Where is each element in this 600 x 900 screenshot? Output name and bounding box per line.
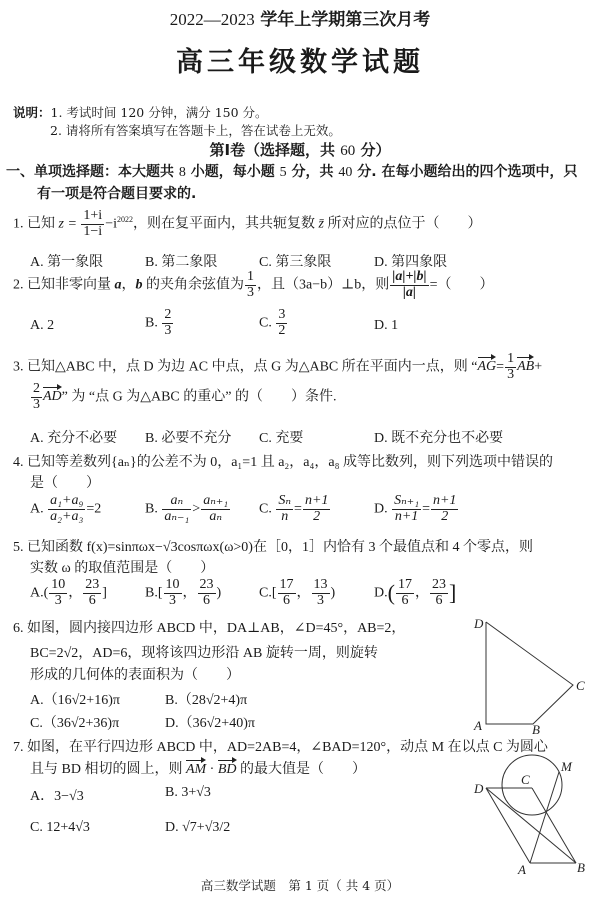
exam-title: 学年上学期第三次月考 bbox=[260, 10, 430, 30]
question-count: 8 bbox=[179, 165, 186, 180]
bracket: ( bbox=[44, 585, 49, 600]
numerator: 1 bbox=[505, 352, 516, 368]
numerator: 23 bbox=[198, 578, 216, 594]
label-m: M bbox=[560, 759, 573, 774]
question-number: 1. bbox=[13, 216, 24, 231]
numerator: 3 bbox=[276, 308, 287, 324]
quadrilateral-figure: D C A B bbox=[470, 612, 600, 737]
denominator: 2 bbox=[303, 510, 330, 525]
fraction: 133 bbox=[312, 578, 330, 608]
question-number: 4. bbox=[13, 455, 24, 470]
label-c: C bbox=[576, 678, 585, 693]
question-text: 已知 bbox=[27, 216, 55, 231]
notes-label: 说明： bbox=[13, 105, 51, 120]
label-b: B bbox=[577, 860, 585, 875]
option-label: C. bbox=[259, 585, 272, 600]
math-expr: z̄ bbox=[319, 216, 324, 231]
part-text: 分，共 bbox=[292, 164, 334, 180]
option-label: A. bbox=[30, 501, 44, 516]
denominator: aₙ bbox=[201, 510, 230, 525]
fraction: a₁+a₉a₂+a₃ bbox=[48, 494, 85, 524]
numerator: 17 bbox=[278, 578, 296, 594]
option-a: A. a₁+a₉a₂+a₃=2 bbox=[30, 494, 101, 524]
denominator: 3 bbox=[31, 398, 42, 413]
question-2: 2. 已知非零向量 a，b 的夹角余弦值为13，且（3a−b）⊥b，则|a|+|… bbox=[13, 270, 494, 300]
question-text: 已知等差数列{aₙ}的公差不为 0，a₁=1 且 a₂，a₄，a₈ 成等比数列，… bbox=[27, 455, 553, 470]
question-number: 6. bbox=[13, 621, 24, 636]
option-c: C. 12+4√3 bbox=[30, 820, 90, 836]
points-total: 40 bbox=[338, 165, 352, 180]
numerator: a₁+a₉ bbox=[48, 494, 85, 510]
denominator: 6 bbox=[83, 594, 101, 609]
denominator: 1−i bbox=[81, 225, 104, 240]
question-text: ，则在复平面内，其共轭复数 bbox=[133, 216, 315, 231]
vector-ag: AG bbox=[478, 359, 497, 375]
bracket: ) bbox=[331, 585, 336, 600]
section-title-prefix: 第Ⅰ卷（选择题，共 bbox=[209, 141, 335, 159]
option-value: =2 bbox=[86, 501, 101, 516]
option-d: D.（36√2+40)π bbox=[165, 712, 255, 732]
question-text: 如图，圆内接四边形 ABCD 中，DA⊥AB，∠D=45°，AB=2， bbox=[27, 621, 405, 636]
question-3: 3. 已知△ABC 中，点 D 为边 AC 中点，点 G 为△ABC 所在平面内… bbox=[13, 352, 542, 382]
fraction: 32 bbox=[276, 308, 287, 338]
fraction: aₙaₙ₋₁ bbox=[162, 494, 191, 524]
option-label: D. bbox=[374, 585, 388, 600]
numerator: 23 bbox=[430, 578, 448, 594]
question-6-line-3: 形成的几何体的表面积为（ ） bbox=[30, 664, 240, 684]
question-text: 的最大值是（ ） bbox=[240, 762, 366, 777]
bracket: ] bbox=[102, 585, 107, 600]
section-points: 60 bbox=[340, 143, 355, 159]
parallelogram-figure: D C M A B bbox=[460, 750, 600, 880]
part-text: 小题，每小题 bbox=[191, 164, 275, 180]
option-value: 1 bbox=[391, 318, 398, 333]
option-b: B. 第二象限 bbox=[145, 251, 217, 271]
denominator: |a| bbox=[390, 286, 428, 301]
numerator: 10 bbox=[164, 578, 182, 594]
denominator: n bbox=[276, 510, 293, 525]
option-d: D.(176，236] bbox=[374, 578, 456, 608]
question-4-line-2: 是（ ） bbox=[30, 472, 100, 492]
fraction: n+12 bbox=[431, 494, 458, 524]
numerator: n+1 bbox=[431, 494, 458, 510]
label-a: A bbox=[473, 718, 482, 733]
points-each: 5 bbox=[280, 165, 287, 180]
fraction: 23 bbox=[162, 308, 173, 338]
option-label: C. bbox=[259, 315, 272, 330]
question-6-line-2: BC=2√2，AD=6，现将该四边形沿 AB 旋转一周，则旋转 bbox=[30, 642, 378, 662]
option-label: C. bbox=[259, 501, 272, 516]
question-5-line-2: 实数 ω 的取值范围是（ ） bbox=[30, 557, 214, 577]
fraction: 23 bbox=[31, 382, 42, 412]
fraction: |a|+|b||a| bbox=[390, 270, 428, 300]
option-b: B. 23 bbox=[145, 308, 174, 338]
option-b: B. 3+√3 bbox=[165, 785, 211, 801]
denominator: 3 bbox=[162, 324, 173, 339]
fraction: Sₙ₊₁n+1 bbox=[392, 494, 421, 524]
question-text: =（ ） bbox=[430, 277, 494, 292]
fraction: n+12 bbox=[303, 494, 330, 524]
question-4: 4. 已知等差数列{aₙ}的公差不为 0，a₁=1 且 a₂，a₄，a₈ 成等比… bbox=[13, 451, 553, 471]
option-label: B. bbox=[145, 585, 158, 600]
denominator: 3 bbox=[505, 368, 516, 383]
numerator: n+1 bbox=[303, 494, 330, 510]
option-b: B. aₙaₙ₋₁>aₙ₊₁aₙ bbox=[145, 494, 231, 524]
math-expr: −i bbox=[105, 216, 117, 231]
exponent: 2022 bbox=[117, 215, 133, 224]
fraction: 103 bbox=[49, 578, 67, 608]
denominator: n+1 bbox=[392, 510, 421, 525]
fraction: Sₙn bbox=[276, 494, 293, 524]
operator: · bbox=[210, 762, 215, 777]
numerator: Sₙ bbox=[276, 494, 293, 510]
question-5: 5. 已知函数 f(x)=sinπωx−√3cosπωx(ω>0)在［0，1］内… bbox=[13, 536, 533, 556]
numerator: 13 bbox=[312, 578, 330, 594]
denominator: 3 bbox=[49, 594, 67, 609]
part-text: 分. 在每小题给出的四个选项中，只 bbox=[357, 164, 577, 180]
vector-ab: AB bbox=[517, 359, 534, 375]
question-number: 3. bbox=[13, 359, 24, 374]
question-number: 5. bbox=[13, 540, 24, 555]
denominator: a₂+a₃ bbox=[48, 510, 85, 525]
vector-ad: AD bbox=[43, 389, 62, 405]
option-c: C. Sₙn=n+12 bbox=[259, 494, 331, 524]
question-6: 6. 如图，圆内接四边形 ABCD 中，DA⊥AB，∠D=45°，AB=2， bbox=[13, 617, 405, 637]
denominator: 2 bbox=[431, 510, 458, 525]
label-d: D bbox=[473, 781, 484, 796]
numerator: 1+i bbox=[81, 209, 104, 225]
option-label: A. bbox=[30, 318, 44, 333]
denominator: 3 bbox=[164, 594, 182, 609]
question-text: 已知函数 f(x)=sinπωx−√3cosπωx(ω>0)在［0，1］内恰有 … bbox=[27, 540, 533, 555]
option-a: A. 第一象限 bbox=[30, 251, 103, 271]
numerator: 10 bbox=[49, 578, 67, 594]
bracket: [ bbox=[158, 585, 163, 600]
bracket: ] bbox=[449, 580, 456, 605]
denominator: 6 bbox=[430, 594, 448, 609]
page-footer: 高三数学试题 第 1 页（ 共 4 页） bbox=[0, 876, 600, 894]
vector-b: b bbox=[136, 277, 143, 292]
label-a: A bbox=[517, 862, 526, 877]
part-one-instructions: 一、单项选择题：本大题共 8 小题，每小题 5 分，共 40 分. 在每小题给出… bbox=[6, 161, 577, 181]
denominator: 6 bbox=[396, 594, 414, 609]
option-a: A. 2 bbox=[30, 318, 54, 334]
operator: > bbox=[192, 501, 200, 516]
fraction: 236 bbox=[198, 578, 216, 608]
operator: + bbox=[534, 359, 542, 374]
option-a: A．3−√3 bbox=[30, 785, 84, 805]
label-d: D bbox=[473, 616, 484, 631]
fraction: 13 bbox=[505, 352, 516, 382]
denominator: 3 bbox=[312, 594, 330, 609]
denominator: aₙ₋₁ bbox=[162, 510, 191, 525]
bracket: ( bbox=[388, 580, 395, 605]
part-text: 一、单项选择题：本大题共 bbox=[6, 164, 174, 180]
section-title: 第Ⅰ卷（选择题，共 60 分） bbox=[0, 139, 600, 160]
question-7-line-2: 且与 BD 相切的圆上，则 AM · BD 的最大值是（ ） bbox=[30, 758, 366, 778]
page-title: 高三年级数学试题 bbox=[0, 40, 600, 79]
fraction: 176 bbox=[396, 578, 414, 608]
question-1: 1. 已知 z = 1+i1−i−i2022，则在复平面内，其共轭复数 z̄ 所… bbox=[13, 209, 481, 239]
fraction: 1+i1−i bbox=[81, 209, 104, 239]
exam-year: 2022—2023 bbox=[170, 10, 255, 29]
denominator: 2 bbox=[276, 324, 287, 339]
question-text: 已知非零向量 bbox=[27, 277, 111, 292]
operator: = bbox=[496, 359, 504, 374]
question-number: 7. bbox=[13, 740, 24, 755]
fraction: aₙ₊₁aₙ bbox=[201, 494, 230, 524]
option-d: D. 第四象限 bbox=[374, 251, 447, 271]
denominator: 6 bbox=[278, 594, 296, 609]
operator: = bbox=[294, 501, 302, 516]
option-a: A.（16√2+16)π bbox=[30, 689, 120, 709]
option-b: B.（28√2+4)π bbox=[165, 689, 247, 709]
denominator: 3 bbox=[245, 286, 256, 301]
numerator: aₙ₊₁ bbox=[201, 494, 230, 510]
question-text: 的夹角余弦值为 bbox=[146, 277, 244, 292]
bracket: ) bbox=[217, 585, 222, 600]
question-number: 2. bbox=[13, 277, 24, 292]
vector-am: AM bbox=[186, 762, 206, 778]
fraction: 176 bbox=[278, 578, 296, 608]
option-a: A.(103，236] bbox=[30, 578, 107, 608]
numerator: |a|+|b| bbox=[390, 270, 428, 286]
fraction: 236 bbox=[430, 578, 448, 608]
fraction: 236 bbox=[83, 578, 101, 608]
option-c: C. 第三象限 bbox=[259, 251, 331, 271]
question-text: 所对应的点位于（ ） bbox=[327, 216, 481, 231]
option-b: B.[103，236) bbox=[145, 578, 221, 608]
section-title-suffix: 分） bbox=[361, 141, 391, 159]
fraction: 13 bbox=[245, 270, 256, 300]
question-text: ” 为 “点 G 为△ABC 的重心” 的（ ）条件. bbox=[62, 389, 337, 404]
option-c: C. 32 bbox=[259, 308, 288, 338]
option-c: C.（36√2+36)π bbox=[30, 712, 119, 732]
option-b: B. 必要不充分 bbox=[145, 427, 231, 447]
label-c: C bbox=[521, 772, 530, 787]
vector-bd: BD bbox=[218, 762, 237, 778]
operator: = bbox=[422, 501, 430, 516]
note-item: 1. 考试时间 120 分钟，满分 150 分。 bbox=[51, 105, 268, 120]
notes-line-1: 说明：1. 考试时间 120 分钟，满分 150 分。 bbox=[13, 103, 268, 121]
separator: ， bbox=[122, 277, 136, 292]
option-label: D. bbox=[374, 501, 388, 516]
numerator: 2 bbox=[162, 308, 173, 324]
option-label: D. bbox=[374, 318, 388, 333]
numerator: 1 bbox=[245, 270, 256, 286]
option-label: B. bbox=[145, 501, 158, 516]
option-d: D. Sₙ₊₁n+1=n+12 bbox=[374, 494, 459, 524]
numerator: 17 bbox=[396, 578, 414, 594]
fraction: 103 bbox=[164, 578, 182, 608]
option-a: A. 充分不必要 bbox=[30, 427, 117, 447]
exam-header: 2022—2023 学年上学期第三次月考 bbox=[0, 5, 600, 30]
question-text: 且与 BD 相切的圆上，则 bbox=[30, 762, 182, 777]
question-text: 已知△ABC 中，点 D 为边 AC 中点，点 G 为△ABC 所在平面内一点，… bbox=[27, 359, 478, 374]
option-label: A. bbox=[30, 585, 44, 600]
option-c: C.[176，133) bbox=[259, 578, 335, 608]
vector-a: a bbox=[115, 277, 122, 292]
part-one-line-2: 有一项是符合题目要求的. bbox=[37, 183, 196, 203]
denominator: 6 bbox=[198, 594, 216, 609]
option-label: B. bbox=[145, 315, 158, 330]
numerator: 2 bbox=[31, 382, 42, 398]
label-b: B bbox=[532, 722, 540, 737]
note-item: 2. 请将所有答案填写在答题卡上，答在试卷上无效。 bbox=[50, 121, 341, 139]
question-text: ，且（3a−b）⊥b，则 bbox=[257, 277, 389, 292]
question-3-line-2: 23AD” 为 “点 G 为△ABC 的重心” 的（ ）条件. bbox=[30, 382, 336, 412]
numerator: 23 bbox=[83, 578, 101, 594]
option-d: D. 既不充分也不必要 bbox=[374, 427, 503, 447]
option-value: 2 bbox=[47, 318, 54, 333]
bracket: [ bbox=[272, 585, 277, 600]
numerator: Sₙ₊₁ bbox=[392, 494, 421, 510]
numerator: aₙ bbox=[162, 494, 191, 510]
option-d: D. 1 bbox=[374, 318, 398, 334]
option-c: C. 充要 bbox=[259, 427, 303, 447]
option-d: D. √7+√3/2 bbox=[165, 820, 230, 836]
math-expr: z = bbox=[59, 216, 77, 231]
